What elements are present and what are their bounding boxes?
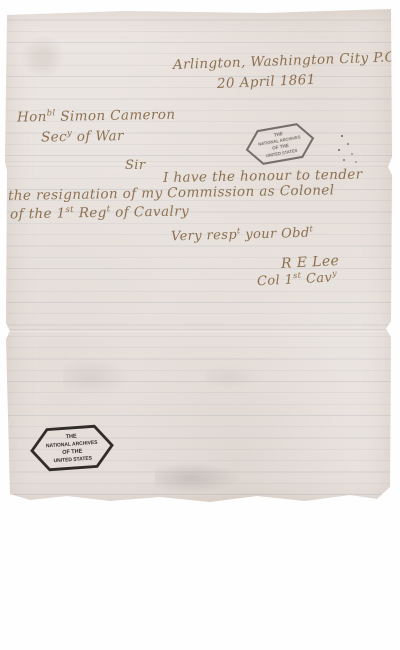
ink-specks xyxy=(341,135,343,137)
stamp-line: OF THE xyxy=(62,448,83,456)
pencil-smudge xyxy=(155,461,245,495)
fold-crease xyxy=(5,161,392,164)
fold-crease xyxy=(5,329,392,332)
national-archives-stamp-top: THE NATIONAL ARCHIVES OF THE UNITED STAT… xyxy=(242,119,318,169)
letter-recipient-name: Honbl Simon Cameron xyxy=(17,105,176,125)
letter-recipient-title: Secy of War xyxy=(41,127,124,146)
letter-body-line-3: of the 1st Regt of Cavalry xyxy=(10,202,189,223)
letter-page: Arlington, Washington City P.O. 20 April… xyxy=(5,9,392,503)
stamp-line: NATIONAL ARCHIVES xyxy=(46,440,99,450)
letter-body-line-2: the resignation of my Commission as Colo… xyxy=(8,182,335,204)
letter-place-line: Arlington, Washington City P.O. xyxy=(173,49,400,73)
pencil-smudge xyxy=(63,357,133,397)
stamp-hexagon-border xyxy=(31,425,114,471)
stamp-line: THE xyxy=(66,433,78,440)
stamp-line: THE xyxy=(273,131,283,138)
letter-date-line: 20 April 1861 xyxy=(217,72,316,92)
letter-signature-title: Col 1st Cavy xyxy=(257,269,338,290)
document-scan: Arlington, Washington City P.O. 20 April… xyxy=(0,0,400,650)
letter-closing: Very respt your Obdt xyxy=(171,224,314,244)
letter-salutation: Sir xyxy=(125,158,145,173)
national-archives-stamp-bottom: THE NATIONAL ARCHIVES OF THE UNITED STAT… xyxy=(28,422,115,474)
pencil-smudge xyxy=(205,364,265,390)
stamp-line: UNITED STATES xyxy=(265,148,298,159)
stamp-line: UNITED STATES xyxy=(53,455,92,464)
